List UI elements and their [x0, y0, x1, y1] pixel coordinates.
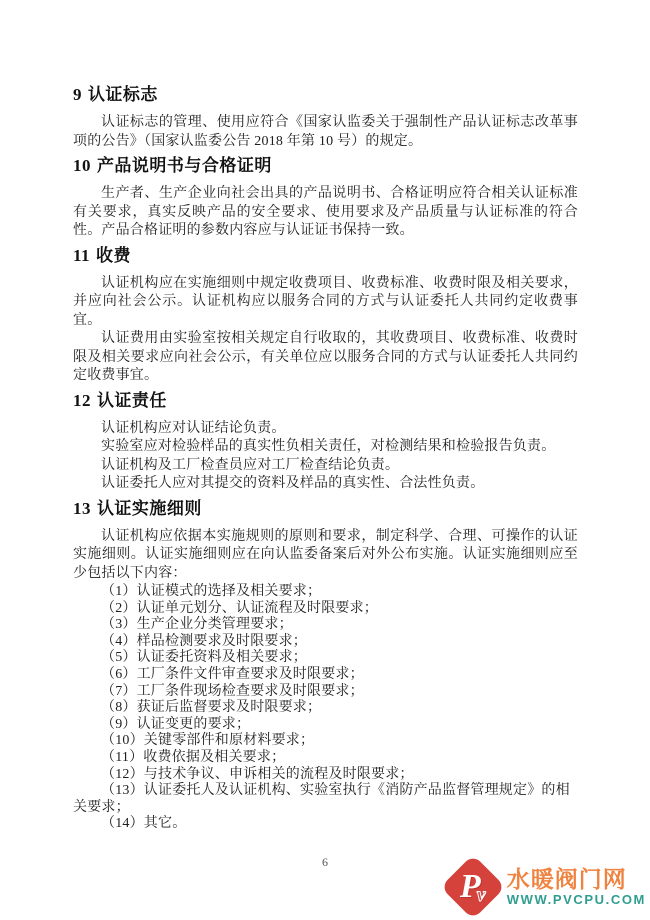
section-title: 产品说明书与合格证明	[97, 156, 272, 175]
section-title: 认证实施细则	[97, 499, 202, 518]
section-product-manual: 10产品说明书与合格证明 生产者、生产企业向社会出具的产品说明书、合格证明应符合…	[73, 151, 578, 241]
site-watermark: P v 水暖阀门网 WWW.PVCPU.COM	[441, 855, 650, 919]
section-certification-mark: 9认证标志 认证标志的管理、使用应符合《国家认监委关于强制性产品认证标志改革事项…	[73, 80, 578, 151]
list-item: （5）认证委托资料及相关要求；	[73, 650, 578, 667]
section-heading: 12认证责任	[73, 386, 578, 411]
list-item: （14）其它。	[73, 816, 578, 833]
list-item: （4）样品检测要求及时限要求；	[73, 634, 578, 651]
section-number: 9	[73, 85, 82, 104]
list-item: （11）收费依据及相关要求；	[73, 750, 578, 767]
section-title: 收费	[96, 246, 131, 265]
list-item: （8）获证后监督要求及时限要求；	[73, 700, 578, 717]
list-item: （7）工厂条件现场检查要求及时限要求；	[73, 684, 578, 701]
list-item: （6）工厂条件文件审查要求及时限要求；	[73, 667, 578, 684]
site-url: WWW.PVCPU.COM	[507, 892, 646, 908]
section-number: 13	[73, 499, 91, 518]
list-item: （3）生产企业分类管理要求；	[73, 617, 578, 634]
paragraph: 生产者、生产企业向社会出具的产品说明书、合格证明应符合相关认证标准有关要求，真实…	[73, 185, 578, 241]
section-implementation-rules: 13认证实施细则 认证机构应依据本实施规则的原则和要求，制定科学、合理、可操作的…	[73, 494, 578, 833]
watermark-text: 水暖阀门网 WWW.PVCPU.COM	[507, 866, 646, 908]
list-item: （10）关键零部件和原材料要求；	[73, 733, 578, 750]
section-heading: 13认证实施细则	[73, 494, 578, 519]
site-name: 水暖阀门网	[507, 866, 646, 892]
list-item: （2）认证单元划分、认证流程及时限要求；	[73, 601, 578, 618]
paragraph: 认证机构及工厂检查员应对工厂检查结论负责。	[73, 457, 578, 476]
section-number: 10	[73, 156, 91, 175]
section-fees: 11收费 认证机构应在实施细则中规定收费项目、收费标准、收费时限及相关要求，并应…	[73, 241, 578, 386]
paragraph: 认证委托人应对其提交的资料及样品的真实性、合法性负责。	[73, 475, 578, 494]
list-item: （12）与技术争议、申诉相关的流程及时限要求；	[73, 767, 578, 784]
section-title: 认证责任	[97, 391, 167, 410]
list-item: （13）认证委托人及认证机构、实验室执行《消防产品监督管理规定》的相关要求；	[73, 783, 578, 816]
paragraph: 认证机构应对认证结论负责。	[73, 420, 578, 439]
paragraph: 认证费用由实验室按相关规定自行收取的，其收费项目、收费标准、收费时限及相关要求应…	[73, 330, 578, 386]
pv-logo-icon: P v	[441, 855, 505, 919]
section-number: 12	[73, 391, 91, 410]
paragraph: 认证机构应依据本实施规则的原则和要求，制定科学、合理、可操作的认证实施细则。认证…	[73, 528, 578, 584]
list-item: （1）认证模式的选择及相关要求；	[73, 584, 578, 601]
paragraph: 认证机构应在实施细则中规定收费项目、收费标准、收费时限及相关要求，并应向社会公示…	[73, 275, 578, 331]
section-title: 认证标志	[88, 85, 158, 104]
section-heading: 10产品说明书与合格证明	[73, 151, 578, 176]
implementation-rules-list: （1）认证模式的选择及相关要求； （2）认证单元划分、认证流程及时限要求； （3…	[73, 584, 578, 833]
logo-letter-v: v	[477, 885, 486, 905]
paragraph: 实验室应对检验样品的真实性负相关责任，对检测结果和检验报告负责。	[73, 438, 578, 457]
paragraph: 认证标志的管理、使用应符合《国家认监委关于强制性产品认证标志改革事项的公告》（国…	[73, 114, 578, 151]
document-content: 9认证标志 认证标志的管理、使用应符合《国家认监委关于强制性产品认证标志改革事项…	[73, 80, 578, 833]
section-heading: 11收费	[73, 241, 578, 266]
section-heading: 9认证标志	[73, 80, 578, 105]
section-responsibility: 12认证责任 认证机构应对认证结论负责。 实验室应对检验样品的真实性负相关责任，…	[73, 386, 578, 494]
list-item: （9）认证变更的要求；	[73, 717, 578, 734]
section-number: 11	[73, 246, 90, 265]
